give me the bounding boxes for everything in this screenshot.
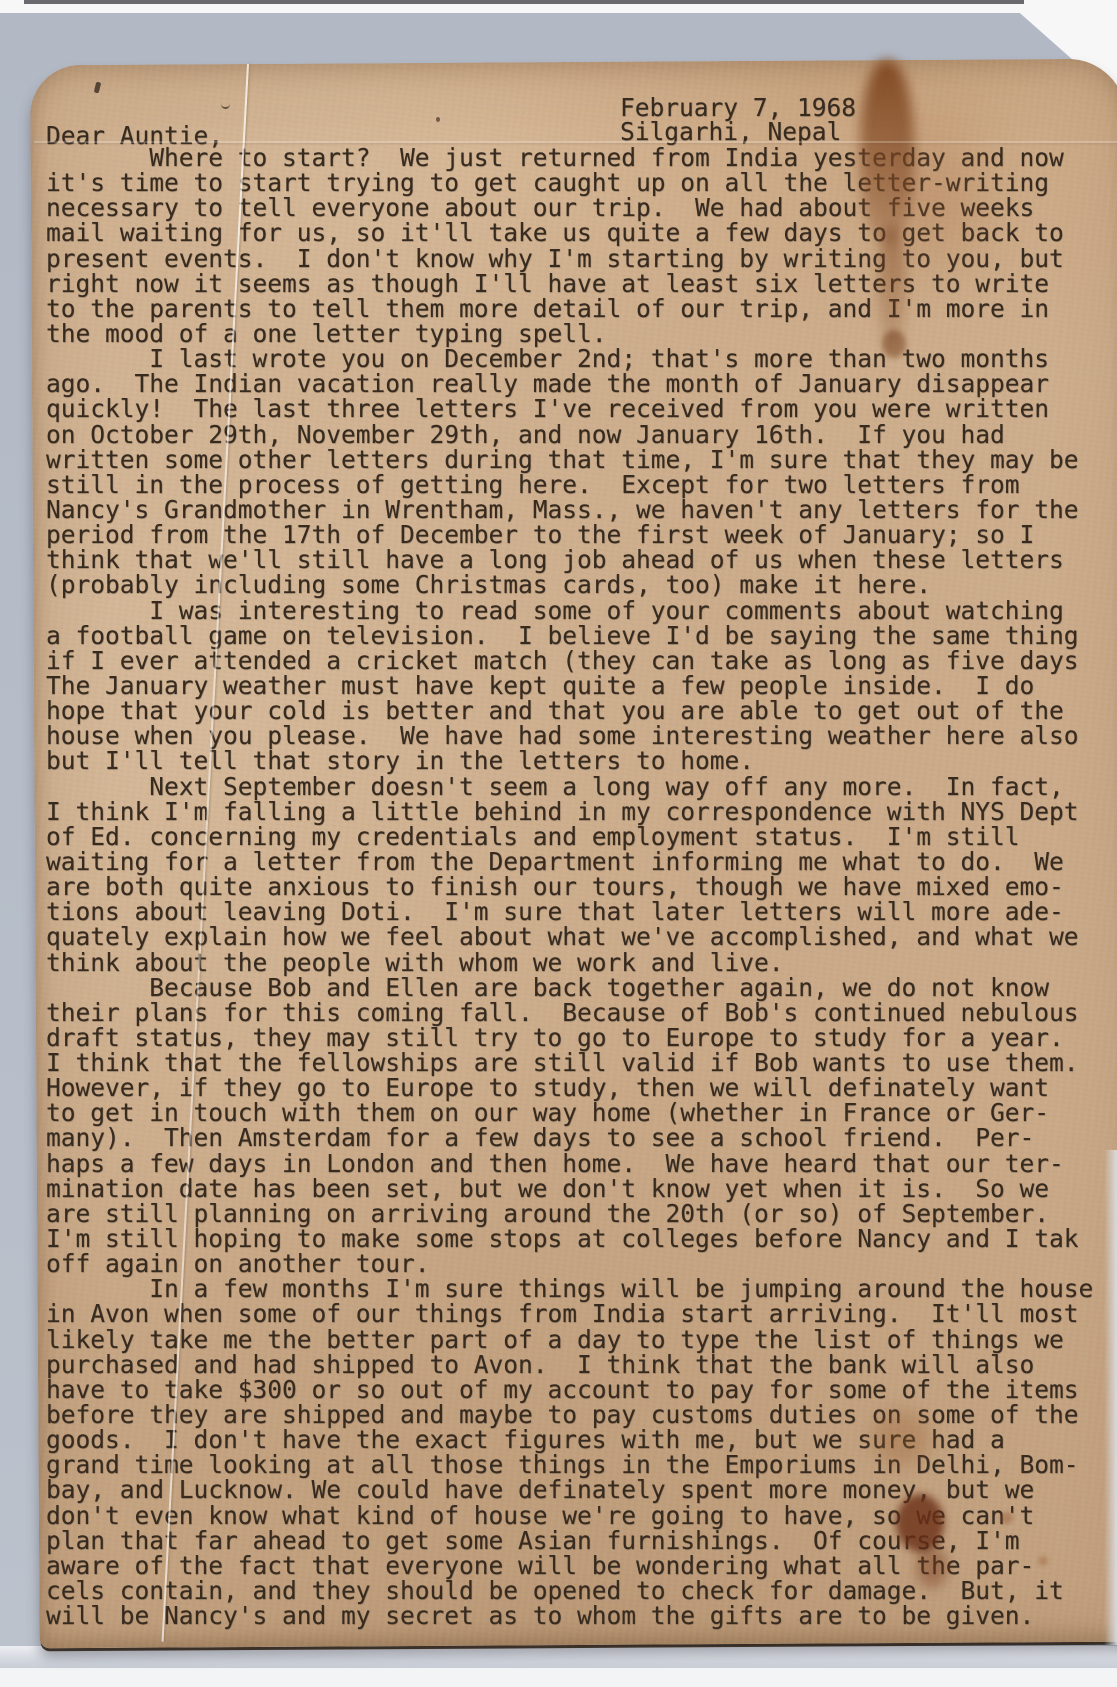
paper-right-edge-sliver xyxy=(1104,1150,1117,1645)
letter-line: bay, and Lucknow. We could have definate… xyxy=(46,1477,1117,1502)
letter-line: quately explain how we feel about what w… xyxy=(46,924,1117,949)
letter-line: aware of the fact that everyone will be … xyxy=(46,1553,1117,1578)
letter-line: it's time to start trying to get caught … xyxy=(46,170,1117,195)
letter-line: Where to start? We just returned from In… xyxy=(46,145,1117,170)
letter-line: to get in touch with them on our way hom… xyxy=(46,1100,1117,1125)
letter-line: grand time looking at all those things i… xyxy=(46,1452,1117,1477)
letter-line: written some other letters during that t… xyxy=(46,447,1117,472)
letter-line: don't even know what kind of house we're… xyxy=(46,1503,1117,1528)
letter-line: I'm still hoping to make some stops at c… xyxy=(46,1226,1117,1251)
fold-crease-horizontal xyxy=(34,141,1117,143)
letter-line: will be Nancy's and my secret as to whom… xyxy=(46,1603,1117,1628)
letter-line: Nancy's Grandmother in Wrentham, Mass., … xyxy=(46,497,1117,522)
letter-line: before they are shipped and maybe to pay… xyxy=(46,1402,1117,1427)
letter-line: still in the process of getting here. Ex… xyxy=(46,472,1117,497)
letter-line: their plans for this coming fall. Becaus… xyxy=(46,1000,1117,1025)
letter-line: The January weather must have kept quite… xyxy=(46,673,1117,698)
letter-paragraph-5: Because Bob and Ellen are back together … xyxy=(46,975,1117,1277)
letter-line: if I ever attended a cricket match (they… xyxy=(46,648,1117,673)
letter-line: think that we'll still have a long job a… xyxy=(46,547,1117,572)
letter-line: ago. The Indian vacation really made the… xyxy=(46,371,1117,396)
letter-body: Where to start? We just returned from In… xyxy=(46,145,1117,1628)
letter-line: However, if they go to Europe to study, … xyxy=(46,1075,1117,1100)
letter-line: have to take $300 or so out of my accoun… xyxy=(46,1377,1117,1402)
letter-line: house when you please. We have had some … xyxy=(46,723,1117,748)
letter-line: many). Then Amsterdam for a few days to … xyxy=(46,1125,1117,1150)
letter-line: haps a few days in London and then home.… xyxy=(46,1151,1117,1176)
letter-line: Because Bob and Ellen are back together … xyxy=(46,975,1117,1000)
letter-line: mail waiting for us, so it'll take us qu… xyxy=(46,220,1117,245)
letter-line: I think that the fellowships are still v… xyxy=(46,1050,1117,1075)
letter-line: cels contain, and they should be opened … xyxy=(46,1578,1117,1603)
letter-text: February 7, 1968 Silgarhi, Nepal Dear Au… xyxy=(0,0,1117,1687)
letter-line: off again on another tour. xyxy=(46,1251,1117,1276)
letter-line: right now it seems as though I'll have a… xyxy=(46,271,1117,296)
letter-line: I last wrote you on December 2nd; that's… xyxy=(46,346,1117,371)
letter-line: period from the 17th of December to the … xyxy=(46,522,1117,547)
letter-paragraph-1: Where to start? We just returned from In… xyxy=(46,145,1117,346)
letter-line: the mood of a one letter typing spell. xyxy=(46,321,1117,346)
letter-line: hope that your cold is better and that y… xyxy=(46,698,1117,723)
letter-paragraph-2: I last wrote you on December 2nd; that's… xyxy=(46,346,1117,597)
letter-line: on October 29th, November 29th, and now … xyxy=(46,422,1117,447)
letter-line: quickly! The last three letters I've rec… xyxy=(46,396,1117,421)
letter-line: are still planning on arriving around th… xyxy=(46,1201,1117,1226)
letter-line: necessary to tell everyone about our tri… xyxy=(46,195,1117,220)
letter-line: purchased and had shipped to Avon. I thi… xyxy=(46,1352,1117,1377)
letter-line: goods. I don't have the exact figures wi… xyxy=(46,1427,1117,1452)
letter-line: likely take me the better part of a day … xyxy=(46,1327,1117,1352)
scanned-letter-page: February 7, 1968 Silgarhi, Nepal Dear Au… xyxy=(0,0,1117,1687)
letter-line: (probably including some Christmas cards… xyxy=(46,572,1117,597)
letter-line: tions about leaving Doti. I'm sure that … xyxy=(46,899,1117,924)
letter-line: a football game on television. I believe… xyxy=(46,623,1117,648)
letter-line: think about the people with whom we work… xyxy=(46,950,1117,975)
letter-line: waiting for a letter from the Department… xyxy=(46,849,1117,874)
letter-paragraph-6: In a few months I'm sure things will be … xyxy=(46,1276,1117,1628)
letter-line: present events. I don't know why I'm sta… xyxy=(46,246,1117,271)
letter-line: but I'll tell that story in the letters … xyxy=(46,748,1117,773)
letter-line: mination date has been set, but we don't… xyxy=(46,1176,1117,1201)
letter-line: in Avon when some of our things from Ind… xyxy=(46,1301,1117,1326)
letter-paragraph-3: I was interesting to read some of your c… xyxy=(46,598,1117,774)
letter-line: plan that far ahead to get some Asian fu… xyxy=(46,1528,1117,1553)
letter-line: In a few months I'm sure things will be … xyxy=(46,1276,1117,1301)
letter-line: to the parents to tell them more detail … xyxy=(46,296,1117,321)
letter-line: draft status, they may still try to go t… xyxy=(46,1025,1117,1050)
letter-line: I was interesting to read some of your c… xyxy=(46,598,1117,623)
letter-line: are both quite anxious to finish our tou… xyxy=(46,874,1117,899)
